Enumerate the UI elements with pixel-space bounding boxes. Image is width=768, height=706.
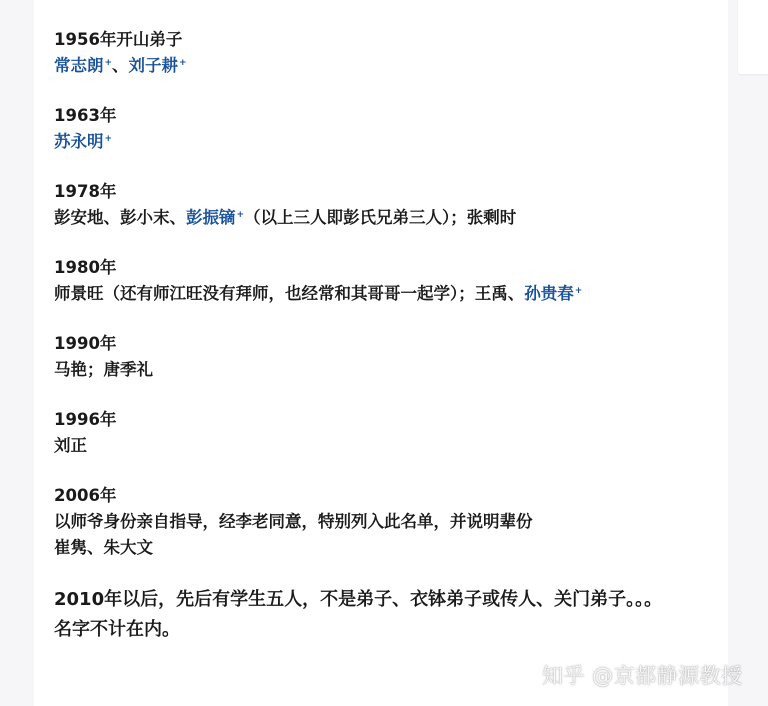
names-text: 师景旺（还有师江旺没有拜师，也经常和其哥哥一起学）；王禹、: [54, 284, 524, 303]
entry-names: 苏永明+: [54, 129, 694, 155]
entry-year: 1996年: [54, 407, 694, 433]
entry-note: 以师爷身份亲自指导，经李老同意，特别列入此名单，并说明辈份: [54, 509, 694, 535]
entry-names: 师景旺（还有师江旺没有拜师，也经常和其哥哥一起学）；王禹、孙贵春+: [54, 281, 694, 307]
entry-1980: 1980年 师景旺（还有师江旺没有拜师，也经常和其哥哥一起学）；王禹、孙贵春+: [54, 255, 694, 307]
link-marker-icon: +: [105, 58, 113, 68]
link-marker-icon: +: [575, 286, 583, 296]
article-content: 1956年开山弟子 常志朗+、刘子耕+ 1963年 苏永明+ 1978年 彭安地…: [54, 27, 694, 645]
entry-names: 刘正: [54, 433, 694, 459]
zhihu-watermark: 知乎 @京都静源教授: [542, 660, 743, 690]
entry-year: 1980年: [54, 255, 694, 281]
entry-names: 马艳；唐季礼: [54, 357, 694, 383]
names-text: 彭安地、彭小末、: [54, 208, 186, 227]
link-marker-icon: +: [105, 134, 113, 144]
entry-1996: 1996年 刘正: [54, 407, 694, 459]
entry-year: 1978年: [54, 179, 694, 205]
entry-2006: 2006年 以师爷身份亲自指导，经李老同意，特别列入此名单，并说明辈份 崔隽、朱…: [54, 483, 694, 561]
person-link-liu-zigeng[interactable]: 刘子耕+: [129, 56, 187, 75]
entry-names: 常志朗+、刘子耕+: [54, 53, 694, 79]
person-link-chang-zhilang[interactable]: 常志朗+: [54, 56, 112, 75]
person-link-su-yongming[interactable]: 苏永明+: [54, 132, 112, 151]
link-marker-icon: +: [179, 58, 187, 68]
entry-year: 1990年: [54, 331, 694, 357]
closing-paragraph: 2010年以后，先后有学生五人，不是弟子、衣钵弟子或传人、关门弟子。。。名字不计…: [54, 585, 664, 645]
person-link-sun-guichun[interactable]: 孙贵春+: [524, 284, 582, 303]
entry-1963: 1963年 苏永明+: [54, 103, 694, 155]
entry-1956: 1956年开山弟子 常志朗+、刘子耕+: [54, 27, 694, 79]
entry-1990: 1990年 马艳；唐季礼: [54, 331, 694, 383]
sidebar-card: [738, 0, 768, 74]
names-text: （以上三人即彭氏兄弟三人）；张剩时: [244, 208, 516, 227]
entry-1978: 1978年 彭安地、彭小末、彭振镝+（以上三人即彭氏兄弟三人）；张剩时: [54, 179, 694, 231]
separator: 、: [112, 56, 129, 75]
entry-year: 1956年开山弟子: [54, 27, 694, 53]
entry-names: 彭安地、彭小末、彭振镝+（以上三人即彭氏兄弟三人）；张剩时: [54, 205, 694, 231]
entry-year: 1963年: [54, 103, 694, 129]
entry-year: 2006年: [54, 483, 694, 509]
entry-names: 崔隽、朱大文: [54, 535, 694, 561]
link-marker-icon: +: [237, 210, 245, 220]
person-link-peng-zhendi[interactable]: 彭振镝+: [186, 208, 244, 227]
